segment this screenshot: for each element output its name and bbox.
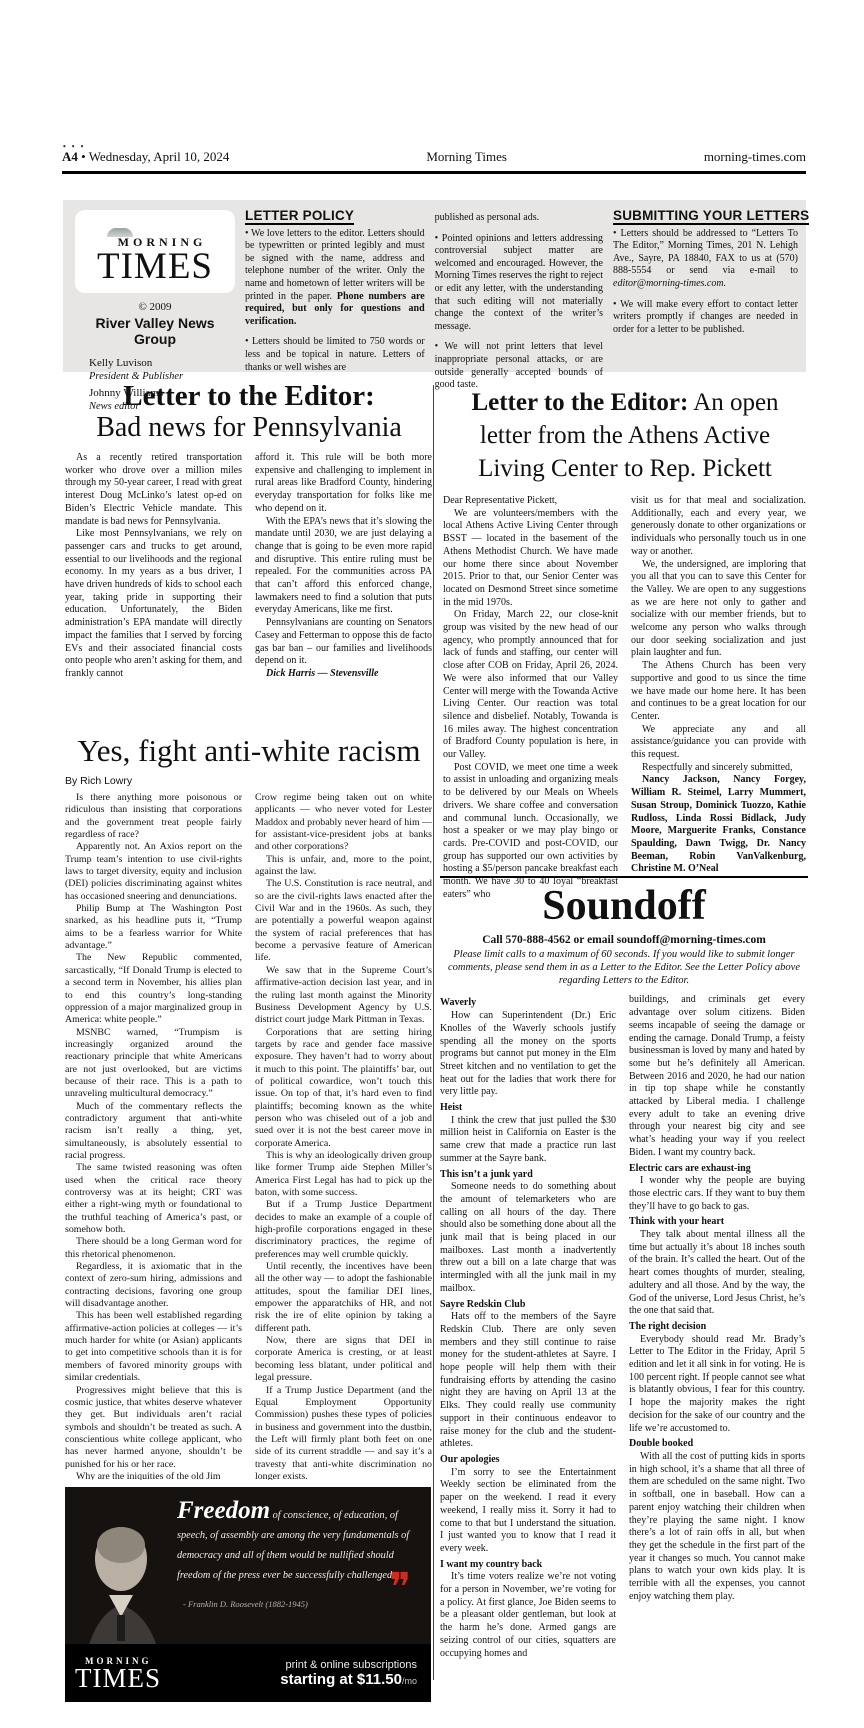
submitting-letters-title: SUBMITTING YOUR LETTERS: [613, 210, 809, 225]
paragraph: If a Trump Justice Department (and the E…: [255, 1385, 432, 1481]
soundoff-item-body: Someone needs to do something about the …: [440, 1181, 616, 1295]
soundoff-item-body: Hats off to the members of the Sayre Red…: [440, 1311, 616, 1451]
soundoff-item-continuation: buildings, and criminals get every advan…: [629, 994, 805, 1159]
page-number-date: • • •A4 • Wednesday, April 10, 2024: [62, 144, 229, 165]
paragraph: This is why an ideologically driven grou…: [255, 1150, 432, 1199]
website-url: morning-times.com: [704, 149, 806, 165]
policy-paragraph: • We love letters to the editor. Letters…: [245, 228, 425, 329]
ad-price-value: starting at $11.50: [280, 1671, 402, 1688]
paragraph: Apparently not. An Axios report on the T…: [65, 841, 242, 903]
quote-mark-icon: ❞: [389, 1573, 411, 1603]
soundoff-item-body: They talk about mental illness all the t…: [629, 1229, 805, 1318]
paragraph: With the EPA’s news that it’s slowing th…: [255, 516, 432, 618]
paragraph: We, the undersigned, are imploring that …: [631, 559, 806, 661]
copyright: © 2009: [75, 301, 235, 313]
masthead-logo-area: MORNING TIMES © 2009 River Valley News G…: [75, 210, 235, 364]
ad-offer: print & online subscriptions starting at…: [280, 1659, 417, 1688]
paragraph: We appreciate any and all assistance/gui…: [631, 724, 806, 762]
policy-paragraph: • We will make every effort to contact l…: [613, 299, 798, 337]
paragraph: Pennsylvanians are counting on Senators …: [255, 617, 432, 668]
paragraph: MSNBC warned, “Trumpism is increasingly …: [65, 1027, 242, 1101]
paragraph: We saw that in the Supreme Court’s affir…: [255, 965, 432, 1027]
soundoff-column-1: Waverly How can Superintendent (Dr.) Eri…: [440, 994, 616, 1696]
soundoff-item-body: How can Superintendent (Dr.) Eric Knolle…: [440, 1010, 616, 1099]
letter2-kicker: Letter to the Editor:: [471, 389, 688, 416]
staff-name: Kelly Luvison: [89, 357, 235, 370]
salutation: Dear Representative Pickett,: [443, 495, 618, 508]
submitting-letters-column: SUBMITTING YOUR LETTERS • Letters should…: [613, 210, 798, 364]
letter1-signature: Dick Harris — Stevensville: [255, 668, 432, 681]
policy-paragraph: • Letters should be addressed to “Letter…: [613, 228, 798, 291]
paragraph: Corporations that are setting hiring tar…: [255, 1027, 432, 1150]
masthead-policy-box: MORNING TIMES © 2009 River Valley News G…: [63, 200, 806, 372]
ad-quote-text: Freedom of conscience, of education, of …: [177, 1501, 425, 1586]
policy-paragraph: published as personal ads.: [435, 212, 603, 225]
oped-anti-white-racism: Yes, fight anti-white racism By Rich Low…: [65, 733, 433, 1480]
paragraph: Now, there are signs that DEI in corpora…: [255, 1335, 432, 1384]
policy-paragraph: • We will not print letters that level i…: [435, 341, 603, 391]
paragraph: Is there anything more poisonous or ridi…: [65, 792, 242, 841]
page-date: • Wednesday, April 10, 2024: [78, 149, 230, 164]
paragraph: Crow regime being taken out on white app…: [255, 792, 432, 854]
soundoff-item-body: I wonder why the people are buying those…: [629, 1175, 805, 1213]
ad-offer-text: print & online subscriptions: [280, 1659, 417, 1671]
paper-name: Morning Times: [426, 149, 507, 165]
paragraph: Like most Pennsylvanians, we rely on pas…: [65, 528, 242, 680]
soundoff-intro: Please limit calls to a maximum of 60 se…: [448, 949, 800, 987]
header-rule: [62, 171, 806, 174]
paragraph: The Athens Church has been very supporti…: [631, 660, 806, 724]
editor-email: editor@morning-times.com.: [613, 278, 726, 289]
soundoff-call-line: Call 570-888-4562 or email soundoff@morn…: [440, 934, 808, 946]
policy-paragraph: • Pointed opinions and letters addressin…: [435, 233, 603, 334]
soundoff-item-head: Sayre Redskin Club: [440, 1299, 616, 1312]
oped-column-1: Is there anything more poisonous or ridi…: [65, 792, 242, 1480]
paragraph: Why are the iniquities of the old Jim: [65, 1471, 242, 1480]
letter-athens-active-living-center: Letter to the Editor: An open letter fro…: [443, 386, 807, 947]
soundoff-item-head: Think with your heart: [629, 1216, 805, 1229]
letter1-headline: Bad news for Pennsylvania: [65, 412, 433, 444]
paragraph: This is unfair, and, more to the point, …: [255, 854, 432, 879]
letter2-headline: Letter to the Editor: An open letter fro…: [443, 386, 807, 485]
paragraph: This has been well established regarding…: [65, 1310, 242, 1384]
soundoff-column-2: buildings, and criminals get every advan…: [629, 994, 805, 1696]
soundoff-item-head: Double booked: [629, 1438, 805, 1451]
closing-line: Respectfully and sincerely submitted,: [631, 762, 806, 775]
news-group-name: River Valley News Group: [75, 315, 235, 347]
paragraph: afford it. This rule will be both more e…: [255, 452, 432, 516]
policy-paragraph: • Letters should be limited to 750 words…: [245, 336, 425, 374]
soundoff-item-head: Heist: [440, 1102, 616, 1115]
letter1-column-1: As a recently retired transportation wor…: [65, 452, 242, 734]
soundoff-item-body: I’m sorry to see the Entertainment Weekl…: [440, 1467, 616, 1556]
paragraph: As a recently retired transportation wor…: [65, 452, 242, 528]
ad-price: starting at $11.50/mo: [280, 1671, 417, 1688]
paragraph: The U.S. Constitution is race neutral, a…: [255, 878, 432, 964]
letter-bad-news-for-pennsylvania: Letter to the Editor: Bad news for Penns…: [65, 380, 433, 734]
soundoff-item-head: Electric cars are exhaust-ing: [629, 1163, 805, 1176]
letter1-column-2: afford it. This rule will be both more e…: [255, 452, 432, 734]
soundoff-item-head: I want my country back: [440, 1559, 616, 1572]
morning-times-logo: MORNING TIMES: [75, 210, 235, 293]
letter2-headline-line2: letter from the Athens Active: [480, 422, 770, 449]
oped-headline: Yes, fight anti-white racism: [65, 733, 433, 769]
paragraph: Progressives might believe that this is …: [65, 1385, 242, 1471]
soundoff-item-head: The right decision: [629, 1321, 805, 1334]
ad-freedom-word: Freedom: [177, 1497, 270, 1524]
ad-bottom-bar: MORNING TIMES print & online subscriptio…: [65, 1644, 431, 1702]
letter-policy-title: LETTER POLICY: [245, 210, 354, 225]
letter-policy-continued-column: published as personal ads. • Pointed opi…: [435, 210, 603, 364]
paragraph: There should be a long German word for t…: [65, 1236, 242, 1261]
ad-attribution: - Franklin D. Roosevelt (1882-1945): [183, 1599, 308, 1609]
ad-morning-times-logo: MORNING TIMES: [75, 1656, 161, 1690]
ad-price-suffix: /mo: [402, 1676, 417, 1686]
paragraph: Much of the commentary reflects the cont…: [65, 1101, 242, 1163]
letter-policy-column: LETTER POLICY • We love letters to the e…: [245, 210, 425, 364]
page-number: A4: [62, 149, 78, 164]
soundoff-item-body: It’s time voters realize we’re not votin…: [440, 1571, 616, 1660]
soundoff-item-body: With all the cost of putting kids in spo…: [629, 1451, 805, 1603]
soundoff-item-head: Our apologies: [440, 1454, 616, 1467]
letter2-headline-line3: Living Center to Rep. Pickett: [478, 455, 772, 482]
soundoff-item-head: This isn’t a junk yard: [440, 1169, 616, 1182]
letter2-signers: Nancy Jackson, Nancy Forgey, William R. …: [631, 774, 806, 876]
policy-text: • Letters should be addressed to “Letter…: [613, 228, 798, 277]
oped-column-2: Crow regime being taken out on white app…: [255, 792, 432, 1480]
paragraph: On Friday, March 22, our close-knit grou…: [443, 609, 618, 761]
logo-times-text: TIMES: [81, 250, 229, 284]
paragraph: We are volunteers/members with the local…: [443, 508, 618, 610]
paragraph: visit us for that meal and socialization…: [631, 495, 806, 559]
letter1-kicker: Letter to the Editor:: [65, 380, 433, 412]
subscription-ad: Freedom of conscience, of education, of …: [65, 1487, 431, 1702]
page-header: • • •A4 • Wednesday, April 10, 2024 Morn…: [62, 144, 806, 165]
ad-logo-times: TIMES: [75, 1666, 161, 1690]
oped-byline: By Rich Lowry: [65, 775, 433, 787]
paragraph: The New Republic commented, sarcasticall…: [65, 952, 242, 1026]
soundoff-title: Soundoff: [440, 882, 808, 930]
letter2-headline-rest: An open: [688, 389, 778, 416]
paragraph: But if a Trump Justice Department decide…: [255, 1199, 432, 1261]
column-divider-rule: [433, 385, 434, 1680]
paragraph: Regardless, it is axiomatic that in the …: [65, 1261, 242, 1310]
paragraph: Philip Bump at The Washington Post snark…: [65, 903, 242, 952]
soundoff-section: Soundoff Call 570-888-4562 or email soun…: [440, 876, 808, 1696]
soundoff-item-body: Everybody should read Mr. Brady’s Letter…: [629, 1334, 805, 1436]
paragraph: The same twisted reasoning was often use…: [65, 1162, 242, 1236]
soundoff-item-body: I think the crew that just pulled the $3…: [440, 1115, 616, 1166]
paragraph: Until recently, the incentives have been…: [255, 1261, 432, 1335]
soundoff-item-head: Waverly: [440, 997, 616, 1010]
